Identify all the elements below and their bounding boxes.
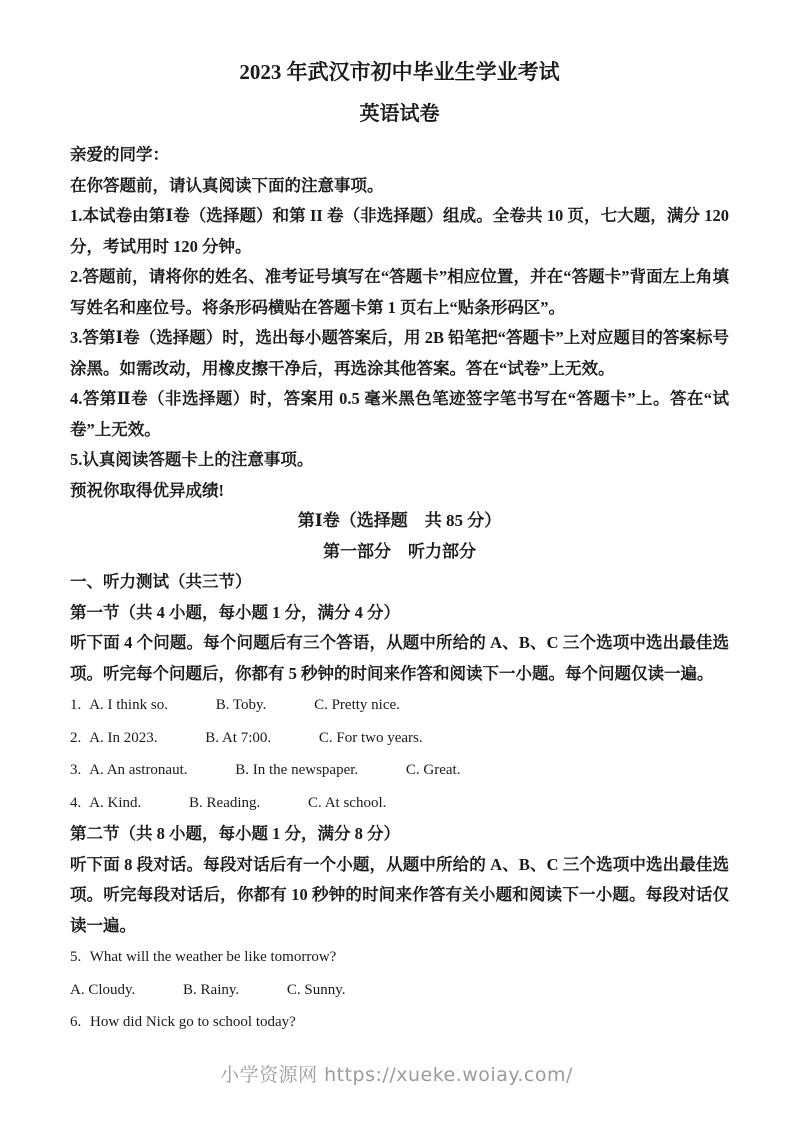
option-c: C. Great. bbox=[406, 762, 461, 778]
exam-paper-content: 2023 年武汉市初中毕业生学业考试 英语试卷 亲爱的同学： 在你答题前，请认真… bbox=[0, 0, 793, 1039]
option-c: C. Sunny. bbox=[287, 982, 346, 998]
subsection1-instructions: 听下面 4 个问题。每个问题后有三个答语，从题中所给的 A、B、C 三个选项中选… bbox=[70, 628, 729, 689]
question-number: 3. bbox=[70, 762, 81, 778]
section-heading-listening: 一、听力测试（共三节） bbox=[70, 567, 729, 598]
wish-line: 预祝你取得优异成绩! bbox=[70, 476, 729, 507]
option-b: B. Reading. bbox=[189, 795, 260, 811]
question-2: 2. A. In 2023. B. At 7:00. C. For two ye… bbox=[70, 722, 729, 755]
question-number: 1. bbox=[70, 697, 81, 713]
question-number: 5. bbox=[70, 949, 81, 965]
question-text: What will the weather be like tomorrow? bbox=[90, 949, 337, 965]
question-number: 4. bbox=[70, 795, 81, 811]
option-b: B. Toby. bbox=[216, 697, 267, 713]
question-5: 5. What will the weather be like tomorro… bbox=[70, 941, 729, 974]
option-c: C. Pretty nice. bbox=[314, 697, 400, 713]
option-a: A. I think so. bbox=[89, 697, 168, 713]
notice-2: 2.答题前，请将你的姓名、准考证号填写在“答题卡”相应位置，并在“答题卡”背面左… bbox=[70, 262, 729, 323]
notice-4: 4.答第Ⅱ卷（非选择题）时，答案用 0.5 毫米黑色笔迹签字笔书写在“答题卡”上… bbox=[70, 384, 729, 445]
intro-line: 在你答题前，请认真阅读下面的注意事项。 bbox=[70, 171, 729, 202]
notice-1: 1.本试卷由第Ⅰ卷（选择题）和第 II 卷（非选择题）组成。全卷共 10 页，七… bbox=[70, 201, 729, 262]
option-a: A. In 2023. bbox=[89, 730, 157, 746]
option-b: B. In the newspaper. bbox=[235, 762, 358, 778]
question-number: 6. bbox=[70, 1014, 81, 1030]
exam-title: 2023 年武汉市初中毕业生学业考试 bbox=[70, 58, 729, 86]
option-c: C. For two years. bbox=[319, 730, 423, 746]
exam-subtitle: 英语试卷 bbox=[70, 100, 729, 128]
option-a: A. An astronaut. bbox=[89, 762, 187, 778]
volume-heading: 第Ⅰ卷（选择题 共 85 分） bbox=[70, 506, 729, 537]
subsection2-instructions: 听下面 8 段对话。每段对话后有一个小题，从题中所给的 A、B、C 三个选项中选… bbox=[70, 850, 729, 942]
question-1: 1. A. I think so. B. Toby. C. Pretty nic… bbox=[70, 689, 729, 722]
option-c: C. At school. bbox=[308, 795, 386, 811]
part-heading: 第一部分 听力部分 bbox=[70, 537, 729, 568]
notice-5: 5.认真阅读答题卡上的注意事项。 bbox=[70, 445, 729, 476]
question-5-options: A. Cloudy. B. Rainy. C. Sunny. bbox=[70, 974, 729, 1007]
notice-3: 3.答第Ⅰ卷（选择题）时，选出每小题答案后，用 2B 铅笔把“答题卡”上对应题目… bbox=[70, 323, 729, 384]
question-4: 4. A. Kind. B. Reading. C. At school. bbox=[70, 787, 729, 820]
exam-paper-page: 2023 年武汉市初中毕业生学业考试 英语试卷 亲爱的同学： 在你答题前，请认真… bbox=[0, 0, 793, 1122]
option-a: A. Kind. bbox=[89, 795, 141, 811]
watermark-footer: 小学资源网 https://xueke.woiay.com/ bbox=[0, 1060, 793, 1087]
question-number: 2. bbox=[70, 730, 81, 746]
option-a: A. Cloudy. bbox=[70, 982, 135, 998]
option-b: B. At 7:00. bbox=[205, 730, 271, 746]
subsection1-heading: 第一节（共 4 小题，每小题 1 分，满分 4 分） bbox=[70, 598, 729, 629]
subsection2-heading: 第二节（共 8 小题，每小题 1 分，满分 8 分） bbox=[70, 819, 729, 850]
question-text: How did Nick go to school today? bbox=[90, 1014, 296, 1030]
question-3: 3. A. An astronaut. B. In the newspaper.… bbox=[70, 754, 729, 787]
greeting-line: 亲爱的同学： bbox=[70, 140, 729, 171]
option-b: B. Rainy. bbox=[183, 982, 239, 998]
question-6: 6. How did Nick go to school today? bbox=[70, 1006, 729, 1039]
